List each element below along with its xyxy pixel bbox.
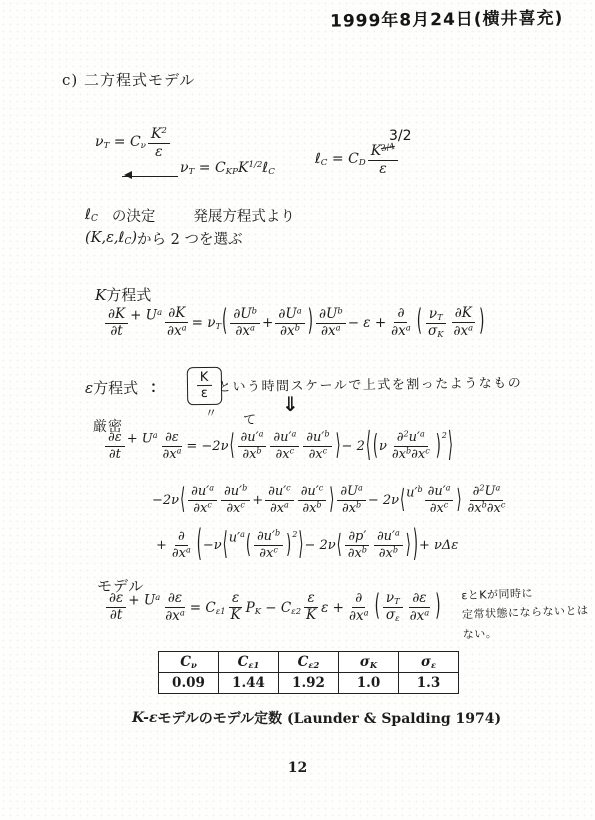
- epsilon-equation-label: ε方程式: [85, 377, 138, 398]
- table-value-row: 0.091.441.921.01.3: [159, 673, 459, 694]
- line-lc-determination: ℓCの決定発展方程式より: [85, 205, 295, 226]
- scanned-lecture-notes-page: 1999年8月24日(横井喜充) c) 二方程式モデル νT = Cν K2ε …: [0, 0, 595, 820]
- handwritten-te: て: [243, 409, 256, 428]
- handwritten-date-author: 1999年8月24日(横井喜充): [330, 3, 564, 31]
- model-constants-table: CνCε1Cε2σKσε 0.091.441.921.01.3: [158, 651, 459, 694]
- model-constants-table-wrap: CνCε1Cε2σKσε 0.091.441.921.01.3: [158, 651, 459, 694]
- equation-eddy-viscosity: νT = Cν K2ε: [95, 126, 172, 160]
- epsilon-exact-equation-line3: + ∂∂xa(−ν⟨u′a(∂u′b∂xc)2⟩ − 2ν⟨∂p′∂xb∂u′a…: [156, 529, 458, 562]
- handwritten-side-note: εとKが同時に 定常状態にならないとは ない。: [461, 582, 589, 644]
- table-header-cell: Cε2: [279, 652, 339, 673]
- table-header-cell: Cε1: [219, 652, 279, 673]
- equation-length-scale: ℓC = CD K3/4ε3/2: [315, 143, 400, 177]
- table-value-cell: 1.44: [219, 673, 279, 694]
- table-value-cell: 0.09: [159, 673, 219, 694]
- epsilon-model-equation: ∂ε∂t + Ua ∂ε∂xa = Cε1 εKPK − Cε2 εKε + ∂…: [104, 591, 442, 624]
- handwritten-timescale-note: という時間スケールで上式を割ったようなもの: [218, 372, 522, 395]
- table-header-cell: σK: [339, 652, 399, 673]
- left-arrow-icon: [122, 176, 178, 177]
- table-header-row: CνCε1Cε2σKσε: [159, 652, 459, 673]
- table-header-cell: Cν: [159, 652, 219, 673]
- k-equation-label: K方程式: [95, 284, 151, 305]
- table-value-cell: 1.92: [279, 673, 339, 694]
- line-choose-two: (K,ε,ℓC)から 2 つを選ぶ: [85, 228, 242, 249]
- page-number: 12: [0, 760, 595, 776]
- table-header-cell: σε: [399, 652, 459, 673]
- section-heading: c) 二方程式モデル: [62, 69, 195, 90]
- equation-eddy-viscosity-lengthscale: νT = CKPK1/2ℓC: [180, 160, 275, 177]
- table-value-cell: 1.3: [399, 673, 459, 694]
- epsilon-exact-equation-line1: ∂ε∂t + Ua ∂ε∂xa = −2ν⟨∂u′a∂xb∂u′a∂xc∂u′b…: [103, 430, 454, 463]
- epsilon-exact-equation-line2: −2ν⟨∂u′a∂xc∂u′b∂xc + ∂u′c∂xa∂u′c∂xb⟩∂Ua∂…: [152, 484, 510, 517]
- handwritten-colon: ：: [150, 376, 165, 397]
- table-value-cell: 1.0: [339, 673, 399, 694]
- side-note-line: ない。: [462, 620, 589, 644]
- k-transport-equation: ∂K∂t + Ua ∂K∂xa = νT (∂Ub∂xa + ∂Ua∂xb)∂U…: [103, 306, 485, 340]
- handwritten-ditto-mark: 〃: [205, 404, 217, 421]
- handwritten-timescale-box: Kε: [187, 367, 222, 405]
- double-down-arrow-icon: ⇓: [282, 392, 299, 416]
- table-caption: K-εモデルのモデル定数 (Launder & Spalding 1974): [132, 708, 501, 728]
